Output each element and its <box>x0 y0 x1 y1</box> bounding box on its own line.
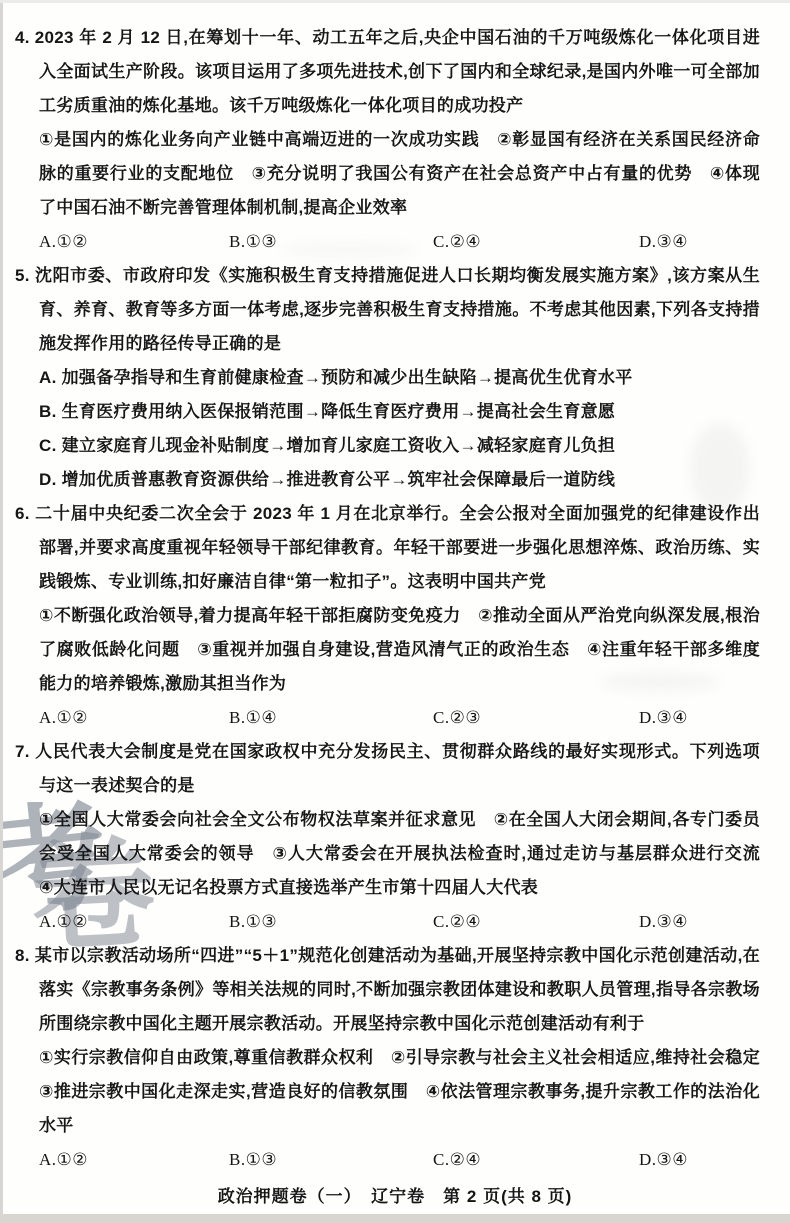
choice-b: B.①③ <box>229 1143 433 1177</box>
choice-a: A.①② <box>39 1143 229 1177</box>
page-edge-bottom <box>0 1214 790 1223</box>
question-items: ①不断强化政治领导,着力提高年轻干部拒腐防变免疫力 ②推动全面从严治党向纵深发展… <box>39 599 760 701</box>
page-footer: 政治押题卷（一） 辽宁卷 第 2 页(共 8 页) <box>0 1182 790 1207</box>
question-items: ①是国内的炼化业务向产业链中高端迈进的一次成功实践 ②彰显国有经济在关系国民经济… <box>39 123 760 225</box>
question-stem: 6.二十届中央纪委二次全会于 2023 年 1 月在北京举行。全会公报对全面加强… <box>39 497 760 599</box>
option-line-c: C. 建立家庭育儿现金补贴制度→增加育儿家庭工资收入→减轻家庭育儿负担 <box>39 429 760 463</box>
question-number: 8. <box>15 946 35 965</box>
question-number: 6. <box>15 504 35 523</box>
option-line-d: D. 增加优质普惠教育资源供给→推进教育公平→筑牢社会保障最后一道防线 <box>39 463 760 497</box>
choice-c: C.②③ <box>433 701 639 735</box>
choice-a: A.①② <box>39 701 229 735</box>
question-number: 7. <box>15 742 35 761</box>
question-stem-text: 2023 年 2 月 12 日,在筹划十一年、动工五年之后,央企中国石油的千万吨… <box>35 28 760 115</box>
question-stem: 4.2023 年 2 月 12 日,在筹划十一年、动工五年之后,央企中国石油的千… <box>39 21 760 123</box>
choice-a: A.①② <box>39 225 229 259</box>
question-stem: 7.人民代表大会制度是党在国家政权中充分发扬民主、贯彻群众路线的最好实现形式。下… <box>39 735 760 803</box>
page-edge-left <box>0 3 3 1223</box>
question-items: ①全国人大常委会向社会全文公布物权法草案并征求意见 ②在全国人大闭会期间,各专门… <box>39 803 760 905</box>
question-7: 7.人民代表大会制度是党在国家政权中充分发扬民主、贯彻群众路线的最好实现形式。下… <box>15 735 760 939</box>
choice-c: C.②④ <box>433 905 639 939</box>
option-line-b: B. 生育医疗费用纳入医保报销范围→降低生育医疗费用→提高社会生育意愿 <box>39 395 760 429</box>
question-number: 5. <box>15 266 35 285</box>
choice-b: B.①④ <box>229 701 433 735</box>
choice-c: C.②④ <box>433 1143 639 1177</box>
question-4: 4.2023 年 2 月 12 日,在筹划十一年、动工五年之后,央企中国石油的千… <box>15 21 760 259</box>
question-stem-text: 某市以宗教活动场所“四进”“5＋1”规范化创建活动为基础,开展坚持宗教中国化示范… <box>35 946 760 1033</box>
choices-row: A.①② B.①③ C.②④ D.③④ <box>39 225 760 259</box>
choice-a: A.①② <box>39 905 229 939</box>
question-5: 5.沈阳市委、市政府印发《实施积极生育支持措施促进人口长期均衡发展实施方案》,该… <box>15 259 760 497</box>
choice-b: B.①③ <box>229 905 433 939</box>
choice-b: B.①③ <box>229 225 433 259</box>
choices-row: A.①② B.①③ C.②④ D.③④ <box>39 905 760 939</box>
question-stem: 5.沈阳市委、市政府印发《实施积极生育支持措施促进人口长期均衡发展实施方案》,该… <box>39 259 760 361</box>
question-number: 4. <box>15 28 35 47</box>
question-8: 8.某市以宗教活动场所“四进”“5＋1”规范化创建活动为基础,开展坚持宗教中国化… <box>15 939 760 1177</box>
choices-row: A.①② B.①③ C.②④ D.③④ <box>39 1143 760 1177</box>
choice-d: D.③④ <box>639 1143 760 1177</box>
choice-d: D.③④ <box>639 701 760 735</box>
question-stem: 8.某市以宗教活动场所“四进”“5＋1”规范化创建活动为基础,开展坚持宗教中国化… <box>39 939 760 1041</box>
choice-d: D.③④ <box>639 905 760 939</box>
questions-area: 4.2023 年 2 月 12 日,在筹划十一年、动工五年之后,央企中国石油的千… <box>15 21 760 1177</box>
choice-c: C.②④ <box>433 225 639 259</box>
question-6: 6.二十届中央纪委二次全会于 2023 年 1 月在北京举行。全会公报对全面加强… <box>15 497 760 735</box>
choices-row: A.①② B.①④ C.②③ D.③④ <box>39 701 760 735</box>
choice-d: D.③④ <box>639 225 760 259</box>
option-line-a: A. 加强备孕指导和生育前健康检查→预防和减少出生缺陷→提高优生优育水平 <box>39 361 760 395</box>
question-stem-text: 二十届中央纪委二次全会于 2023 年 1 月在北京举行。全会公报对全面加强党的… <box>35 504 760 591</box>
exam-page: 考 卷 4.2023 年 2 月 12 日,在筹划十一年、动工五年之后,央企中国… <box>0 0 790 1223</box>
question-items: ①实行宗教信仰自由政策,尊重信教群众权利 ②引导宗教与社会主义社会相适应,维持社… <box>39 1041 760 1143</box>
question-stem-text: 人民代表大会制度是党在国家政权中充分发扬民主、贯彻群众路线的最好实现形式。下列选… <box>35 742 760 795</box>
question-stem-text: 沈阳市委、市政府印发《实施积极生育支持措施促进人口长期均衡发展实施方案》,该方案… <box>35 266 760 353</box>
